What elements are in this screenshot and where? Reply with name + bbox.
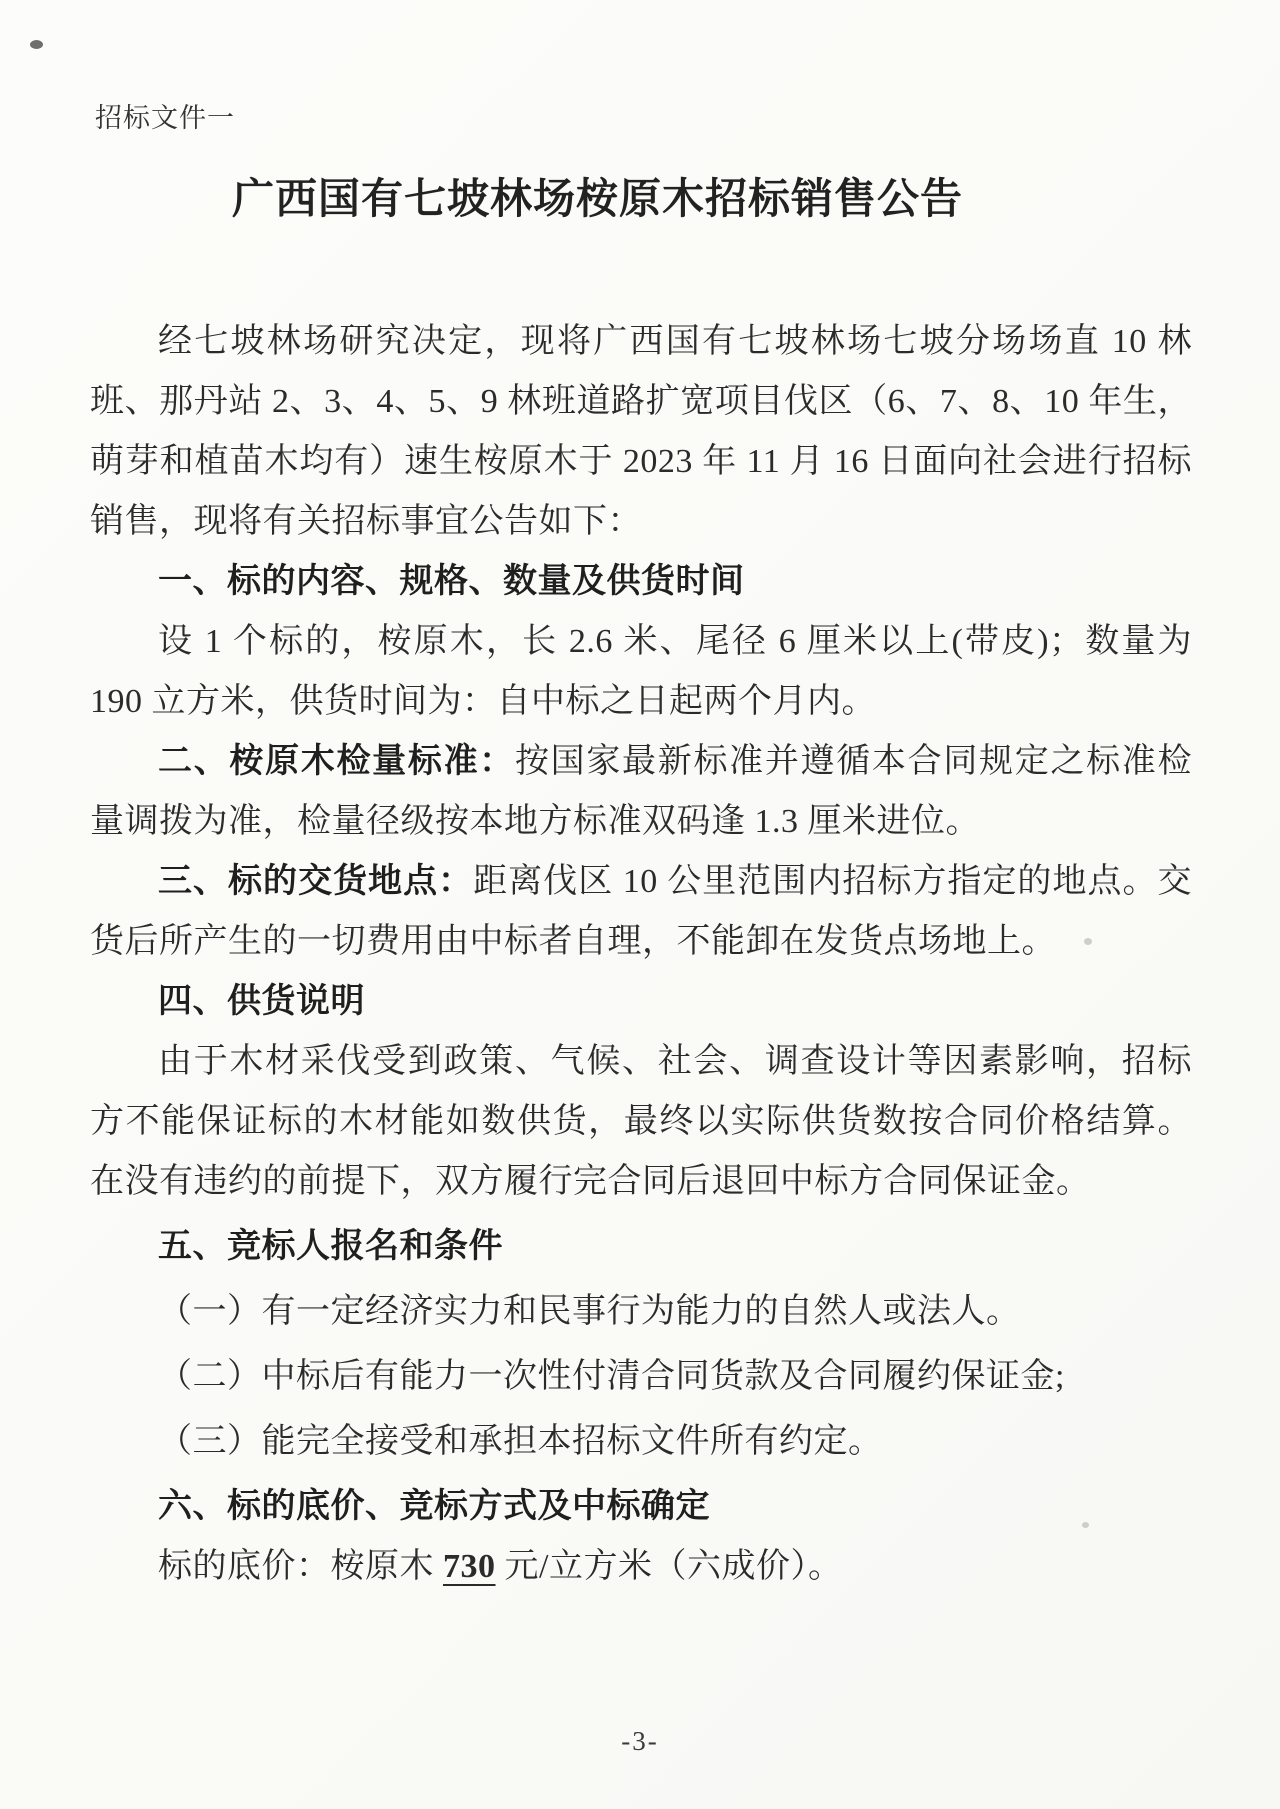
section5-heading: 五、竞标人报名和条件	[90, 1217, 1192, 1277]
section2-heading: 二、桉原木检量标准：	[158, 743, 515, 780]
price-suffix: 元/立方米（六成价）。	[496, 1548, 843, 1585]
document-label: 招标文件一	[95, 96, 235, 135]
section2-paragraph: 二、桉原木检量标准：按国家最新标准并遵循本合同规定之标准检量调拨为准，检量径级按…	[90, 732, 1192, 852]
section5-item-2: （二）中标后有能力一次性付清合同货款及合同履约保证金;	[90, 1347, 1192, 1407]
scanned-document-page: 招标文件一 广西国有七坡林场桉原木招标销售公告 经七坡林场研究决定，现将广西国有…	[0, 0, 1280, 1809]
document-title: 广西国有七坡林场桉原木招标销售公告	[90, 166, 1105, 226]
section6-heading: 六、标的底价、竞标方式及中标确定	[90, 1477, 1192, 1537]
section3-heading: 三、标的交货地点：	[158, 863, 473, 900]
price-value: 730	[443, 1548, 496, 1585]
document-body: 经七坡林场研究决定，现将广西国有七坡林场七坡分场场直 10 林班、那丹站 2、3…	[90, 312, 1192, 1597]
page-number: -3-	[0, 1726, 1280, 1757]
price-prefix: 标的底价：桉原木	[158, 1548, 443, 1585]
section1-paragraph: 设 1 个标的，桉原木，长 2.6 米、尾径 6 厘米以上(带皮)；数量为 19…	[90, 612, 1192, 732]
intro-paragraph: 经七坡林场研究决定，现将广西国有七坡林场七坡分场场直 10 林班、那丹站 2、3…	[90, 312, 1192, 552]
section6-price-line: 标的底价：桉原木 730 元/立方米（六成价）。	[90, 1537, 1192, 1597]
section4-paragraph: 由于木材采伐受到政策、气候、社会、调查设计等因素影响，招标方不能保证标的木材能如…	[90, 1032, 1192, 1212]
scan-speck	[30, 40, 43, 49]
section1-heading: 一、标的内容、规格、数量及供货时间	[90, 552, 1192, 612]
section5-item-3: （三）能完全接受和承担本招标文件所有约定。	[90, 1412, 1192, 1472]
section4-heading: 四、供货说明	[90, 972, 1192, 1032]
section3-paragraph: 三、标的交货地点：距离伐区 10 公里范围内招标方指定的地点。交货后所产生的一切…	[90, 852, 1192, 972]
section5-item-1: （一）有一定经济实力和民事行为能力的自然人或法人。	[90, 1282, 1192, 1342]
